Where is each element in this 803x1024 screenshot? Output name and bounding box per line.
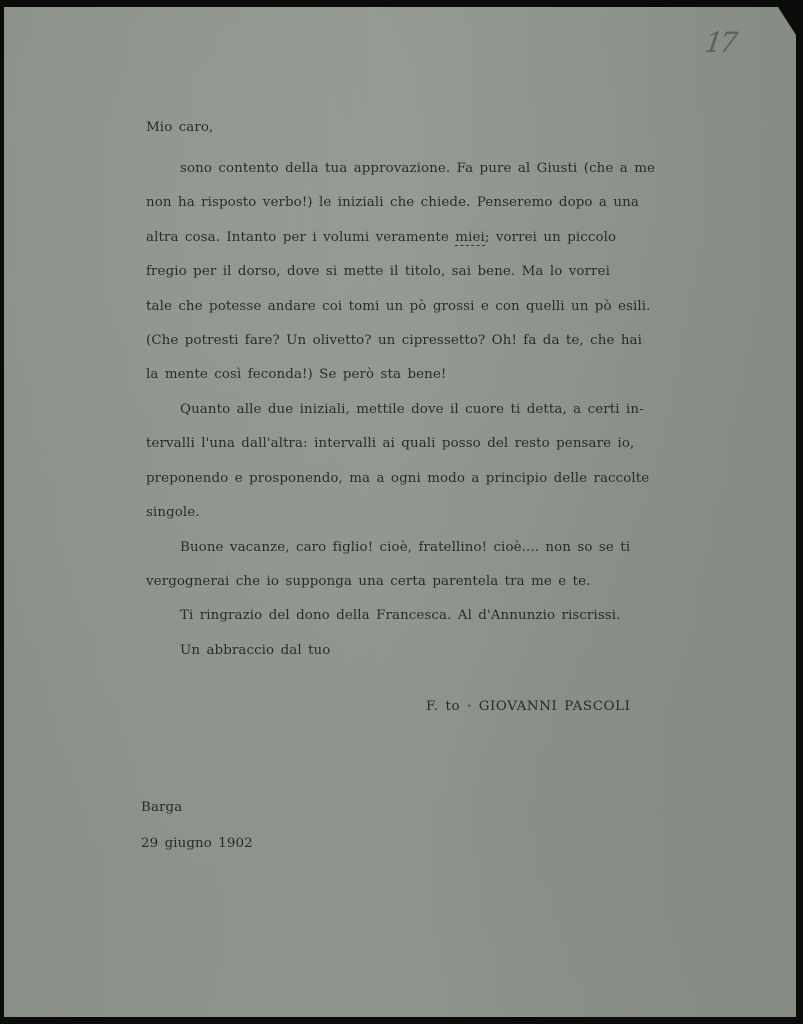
letter-line-12: Buone vacanze, caro figlio! cioè, fratel…	[180, 540, 630, 555]
line-3-before: altra cosa. Intanto per i volumi veramen…	[146, 230, 455, 245]
letter-line-10: preponendo e prosponendo, ma a ogni modo…	[146, 471, 649, 486]
line-3-after: ; vorrei un piccolo	[485, 230, 616, 245]
letter-line-3: altra cosa. Intanto per i volumi veramen…	[146, 230, 616, 245]
letter-line-15: Un abbraccio dal tuo	[180, 643, 330, 658]
letter-line-6: (Che potresti fare? Un olivetto? un cipr…	[146, 333, 642, 348]
place: Barga	[141, 800, 182, 815]
letter-line-9: tervalli l'una dall'altra: intervalli ai…	[146, 436, 634, 451]
letter-line-5: tale che potesse andare coi tomi un pò g…	[146, 299, 650, 314]
letter-line-14: Ti ringrazio del dono della Francesca. A…	[180, 608, 621, 623]
date: 29 giugno 1902	[141, 836, 253, 851]
salutation: Mio caro,	[146, 120, 213, 135]
letter-line-7: la mente così feconda!) Se però sta bene…	[146, 367, 446, 382]
letter-line-8: Quanto alle due iniziali, mettile dove i…	[180, 402, 644, 417]
letter-line-2: non ha risposto verbo!) le iniziali che …	[146, 195, 639, 210]
underlined-word: miei	[455, 230, 485, 246]
signature: F. to · GIOVANNI PASCOLI	[426, 699, 631, 714]
letter-line-4: fregio per il dorso, dove si mette il ti…	[146, 264, 610, 279]
handwritten-page-number: 17	[703, 26, 737, 59]
letter-line-11: singole.	[146, 505, 200, 520]
letter-line-1: sono contento della tua approvazione. Fa…	[180, 161, 655, 176]
letter-line-13: vergognerai che io supponga una certa pa…	[146, 574, 591, 589]
letter-sheet	[4, 7, 796, 1017]
